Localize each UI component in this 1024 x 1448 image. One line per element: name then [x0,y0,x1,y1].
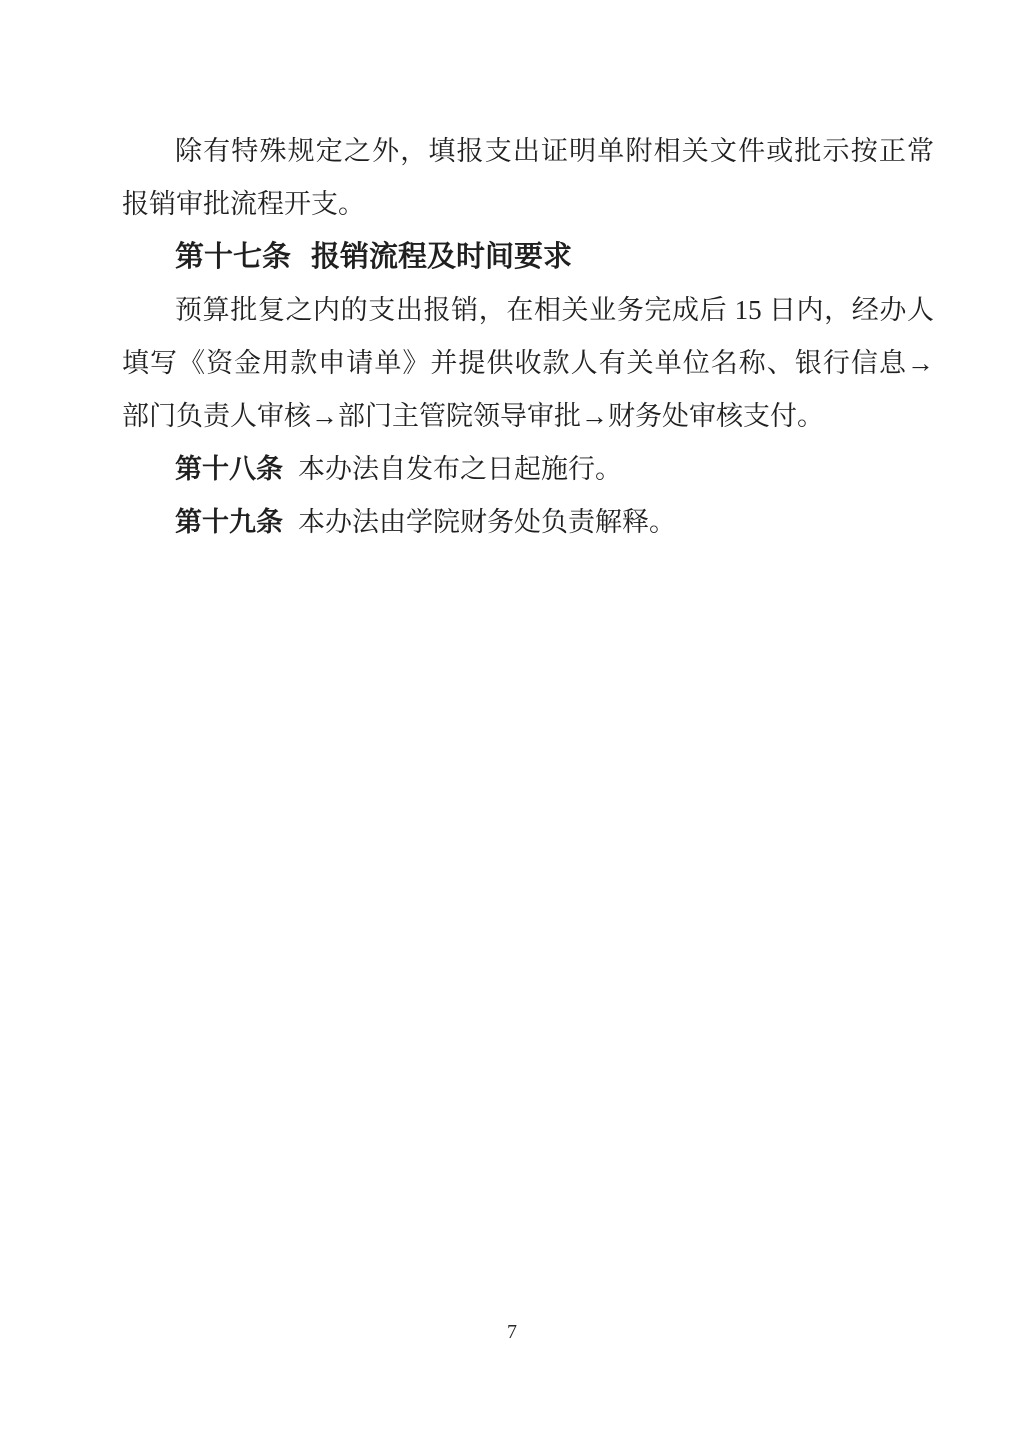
article-18-line: 第十八条本办法自发布之日起施行。 [122,443,934,496]
article-19-line: 第十九条本办法由学院财务处负责解释。 [122,496,934,549]
article-17-number: 第十七条 [175,241,291,273]
article-19-text: 本办法由学院财务处负责解释。 [298,507,676,537]
document-body: 除有特殊规定之外，填报支出证明单附相关文件或批示按正常 报销审批流程开支。 第十… [122,125,934,549]
page-number: 7 [507,1321,517,1343]
para-17-line-3: 部门负责人审核→部门主管院领导审批→财务处审核支付。 [122,390,934,443]
article-17-heading: 第十七条报销流程及时间要求 [122,231,934,284]
intro-paragraph-line-1: 除有特殊规定之外，填报支出证明单附相关文件或批示按正常 [122,125,934,178]
intro-paragraph-line-2: 报销审批流程开支。 [122,178,934,231]
article-19-number: 第十九条 [175,507,283,537]
para-17-line-1: 预算批复之内的支出报销，在相关业务完成后 15 日内，经办人 [122,284,934,337]
article-17-title: 报销流程及时间要求 [311,241,572,273]
para-17-line-2: 填写《资金用款申请单》并提供收款人有关单位名称、银行信息→ [122,337,934,390]
article-18-text: 本办法自发布之日起施行。 [298,454,622,484]
page-footer: 7 [0,1318,1024,1346]
article-18-number: 第十八条 [175,454,283,484]
document-page: 除有特殊规定之外，填报支出证明单附相关文件或批示按正常 报销审批流程开支。 第十… [0,0,1024,1448]
